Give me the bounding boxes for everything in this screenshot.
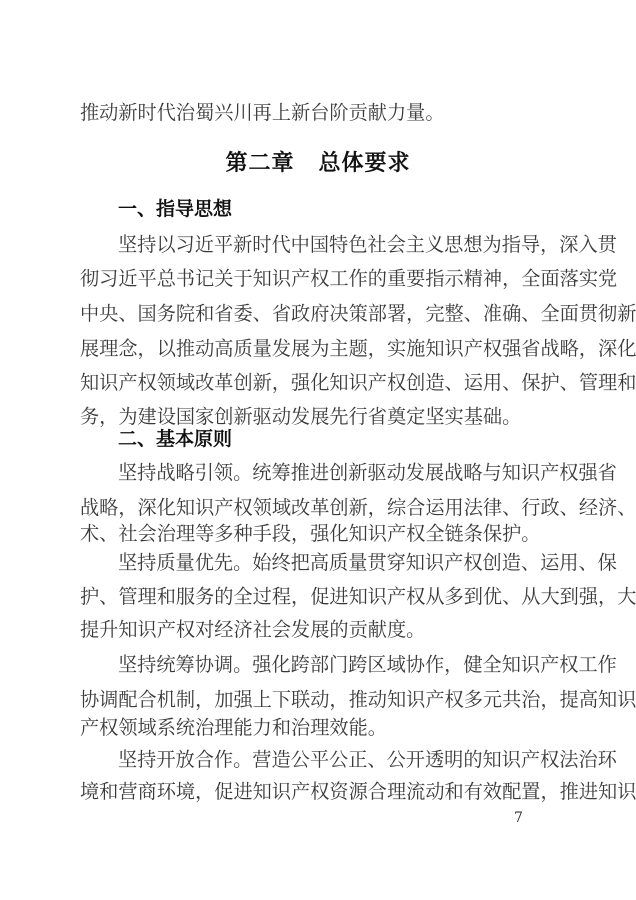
document-page: 推动新时代治蜀兴川再上新台阶贡献力量。 第二章总体要求 一、指导思想 坚持以习近… (0, 0, 636, 900)
paragraph-line: 务，为建设国家创新驱动发展先行省奠定坚实基础。 (80, 405, 550, 429)
paragraph-line: 坚持开放合作。营造公平公正、公开透明的知识产权法治环 (118, 748, 550, 772)
chapter-title: 第二章总体要求 (0, 146, 636, 177)
intro-line: 推动新时代治蜀兴川再上新台阶贡献力量。 (80, 101, 550, 125)
paragraph-line: 提升知识产权对经济社会发展的贡献度。 (80, 618, 550, 642)
section-heading-guiding-ideology: 一、指导思想 (118, 197, 232, 221)
paragraph-line: 战略，深化知识产权领域改革创新，综合运用法律、行政、经济、技 (80, 496, 550, 520)
paragraph-line: 术、社会治理等多种手段，强化知识产权全链条保护。 (80, 522, 550, 546)
paragraph-line: 展理念，以推动高质量发展为主题，实施知识产权强省战略，深化 (80, 337, 550, 361)
section-heading-basic-principles: 二、基本原则 (118, 427, 232, 451)
paragraph-line: 护、管理和服务的全过程，促进知识产权从多到优、从大到强，大幅 (80, 585, 550, 609)
paragraph-line: 协调配合机制，加强上下联动，推动知识产权多元共治，提高知识 (80, 688, 550, 712)
paragraph-line: 坚持质量优先。始终把高质量贯穿知识产权创造、运用、保 (118, 551, 550, 575)
chapter-name: 总体要求 (319, 151, 411, 176)
paragraph-line: 坚持以习近平新时代中国特色社会主义思想为指导，深入贯 (118, 233, 550, 257)
paragraph-line: 中央、国务院和省委、省政府决策部署，完整、准确、全面贯彻新发 (80, 302, 550, 326)
page-number: 7 (514, 810, 523, 826)
paragraph-line: 坚持战略引领。统筹推进创新驱动发展战略与知识产权强省 (118, 461, 550, 485)
chapter-number: 第二章 (225, 151, 294, 176)
paragraph-line: 彻习近平总书记关于知识产权工作的重要指示精神，全面落实党 (80, 267, 550, 291)
paragraph-line: 产权领域系统治理能力和治理效能。 (80, 716, 550, 740)
paragraph-line: 知识产权领域改革创新，强化知识产权创造、运用、保护、管理和服 (80, 371, 550, 395)
paragraph-line: 坚持统筹协调。强化跨部门跨区域协作，健全知识产权工作 (118, 653, 550, 677)
paragraph-line: 境和营商环境，促进知识产权资源合理流动和有效配置，推进知识 (80, 780, 550, 804)
